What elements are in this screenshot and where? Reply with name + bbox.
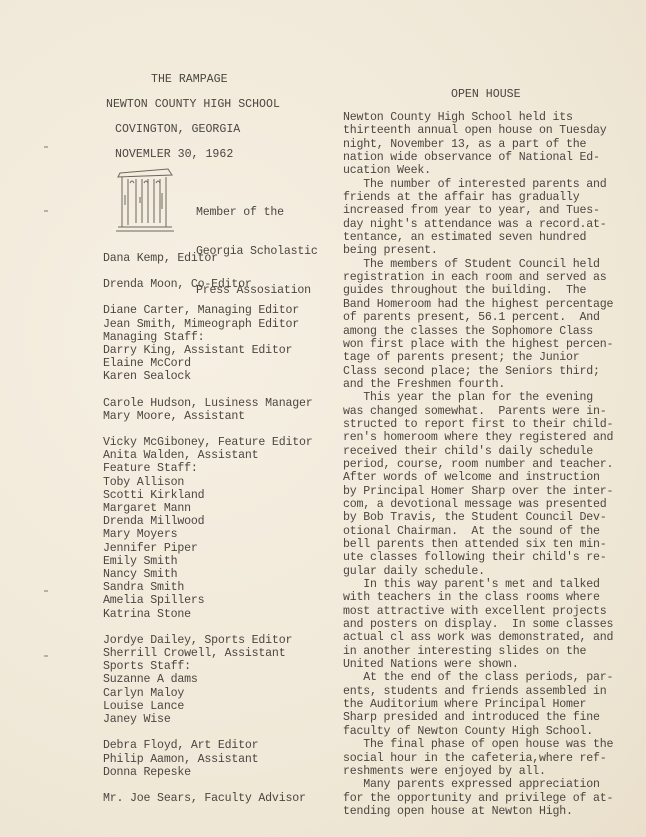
article-line: of parents present, 56.1 percent. And <box>343 311 613 324</box>
staff-entry: Drenda Moon, Co-Editor <box>103 278 312 291</box>
newspaper-title: THE RAMPAGE <box>151 73 228 86</box>
staff-entry: Louise Lance <box>103 700 312 713</box>
group-spacer <box>103 265 312 278</box>
staff-entry: Sports Staff: <box>103 660 312 673</box>
staff-entry: Philip Aamon, Assistant <box>103 753 312 766</box>
staff-entry: Vicky McGiboney, Feature Editor <box>103 436 312 449</box>
staff-entry: Margaret Mann <box>103 502 312 515</box>
staff-entry: Emily Smith <box>103 555 312 568</box>
article-line: friends at the affair has gradually <box>343 191 613 204</box>
staff-entry: Jordye Dailey, Sports Editor <box>103 634 312 647</box>
article-line: Class second place; the Seniors third; <box>343 365 613 378</box>
school-name: NEWTON COUNTY HIGH SCHOOL <box>106 98 280 111</box>
article-line: At the end of the class periods, par- <box>343 671 613 684</box>
staff-entry: Darry King, Assistant Editor <box>103 344 312 357</box>
staff-entry: Carole Hudson, Lusiness Manager <box>103 397 312 410</box>
staff-entry: Jean Smith, Mimeograph Editor <box>103 318 312 331</box>
staff-entry: Feature Staff: <box>103 462 312 475</box>
article-line: tage of parents present; the Junior <box>343 351 613 364</box>
article-line: reshments were enjoyed by all. <box>343 765 613 778</box>
article-line: and the Freshmen fourth. <box>343 378 613 391</box>
staff-entry: Suzanne A dams <box>103 673 312 686</box>
article-line: Many parents expressed appreciation <box>343 778 613 791</box>
article-line: The final phase of open house was the <box>343 738 613 751</box>
article-line: The number of interested parents and <box>343 178 613 191</box>
newsletter-page: THE RAMPAGE NEWTON COUNTY HIGH SCHOOL CO… <box>0 0 646 837</box>
staff-entry: Amelia Spillers <box>103 594 312 607</box>
article-line: This year the plan for the evening <box>343 391 613 404</box>
group-spacer <box>103 726 312 739</box>
staff-entry: Donna Repeske <box>103 766 312 779</box>
staff-entry: Debra Floyd, Art Editor <box>103 739 312 752</box>
article-line: structed to report first to their child- <box>343 418 613 431</box>
article-line: United Nations were shown. <box>343 658 613 671</box>
article-line: ute classes following their child's re- <box>343 551 613 564</box>
article-line: registration in each room and served as <box>343 271 613 284</box>
article-line: most attractive with excellent projects <box>343 605 613 618</box>
staff-entry: Anita Walden, Assistant <box>103 449 312 462</box>
article-line: After words of welcome and instruction <box>343 471 613 484</box>
city-state: COVINGTON, GEORGIA <box>115 123 240 136</box>
article-line: won first place with the highest percen- <box>343 338 613 351</box>
article-line: by Bob Travis, the Student Council Dev- <box>343 511 613 524</box>
article-line: bell parents then attended six ten min- <box>343 538 613 551</box>
staff-list: Dana Kemp, EditorDrenda Moon, Co-EditorD… <box>103 252 312 805</box>
article-line: thirteenth annual open house on Tuesday <box>343 124 613 137</box>
staff-entry: Mary Moyers <box>103 528 312 541</box>
punch-mark <box>44 655 48 657</box>
article-line: social hour in the cafeteria,where ref- <box>343 752 613 765</box>
article-line: increased from year to year, and Tues- <box>343 204 613 217</box>
punch-mark <box>44 590 48 592</box>
article-line: com, a devotional message was presented <box>343 498 613 511</box>
article-line: ents, students and friends assembled in <box>343 685 613 698</box>
staff-entry: Elaine McCord <box>103 357 312 370</box>
group-spacer <box>103 291 312 304</box>
article-line: tending open house at Newton High. <box>343 805 613 818</box>
article-line: nation wide observance of National Ed- <box>343 151 613 164</box>
article-line: The members of Student Council held <box>343 258 613 271</box>
article-line: for the opportunity and privilege of at- <box>343 792 613 805</box>
article-line: with teachers in the class rooms where <box>343 591 613 604</box>
article-line: being present. <box>343 244 613 257</box>
article-headline: OPEN HOUSE <box>451 88 521 101</box>
article-line: night, November 13, as a part of the <box>343 138 613 151</box>
staff-entry: Toby Allison <box>103 476 312 489</box>
press-line: Member of the <box>196 206 318 219</box>
article-line: gular daily schedule. <box>343 565 613 578</box>
article-line: Band Homeroom had the highest percentage <box>343 298 613 311</box>
punch-mark <box>44 210 48 212</box>
article-line: guides throughout the building. The <box>343 284 613 297</box>
article-line: faculty of Newton County High School. <box>343 725 613 738</box>
article-line: period, course, room number and teacher. <box>343 458 613 471</box>
staff-entry: Dana Kemp, Editor <box>103 252 312 265</box>
group-spacer <box>103 384 312 397</box>
staff-entry: Drenda Millwood <box>103 515 312 528</box>
staff-entry: Nancy Smith <box>103 568 312 581</box>
article-line: day night's attendance was a record.at- <box>343 218 613 231</box>
staff-entry: Janey Wise <box>103 713 312 726</box>
article-line: Newton County High School held its <box>343 111 613 124</box>
punch-mark <box>44 146 48 148</box>
staff-entry: Mr. Joe Sears, Faculty Advisor <box>103 792 312 805</box>
article-line: ucation Week. <box>343 164 613 177</box>
article-line: Sharp presided and introduced the fine <box>343 711 613 724</box>
article-body: Newton County High School held itsthirte… <box>343 111 613 818</box>
staff-entry: Sherrill Crowell, Assistant <box>103 647 312 660</box>
article-line: in another interesting slides on the <box>343 645 613 658</box>
staff-entry: Mary Moore, Assistant <box>103 410 312 423</box>
issue-date: NOVEMLER 30, 1962 <box>115 148 233 161</box>
article-line: among the classes the Sophomore Class <box>343 325 613 338</box>
article-line: ren's homeroom where they registered and <box>343 431 613 444</box>
staff-entry: Scotti Kirkland <box>103 489 312 502</box>
article-line: the Auditorium where Principal Homer <box>343 698 613 711</box>
article-line: by Principal Homer Sharp over the inter- <box>343 485 613 498</box>
staff-entry: Carlyn Maloy <box>103 687 312 700</box>
article-line: received their child's daily schedule <box>343 445 613 458</box>
article-line: tentance, an estimated seven hundred <box>343 231 613 244</box>
staff-entry: Sandra Smith <box>103 581 312 594</box>
article-line: In this way parent's met and talked <box>343 578 613 591</box>
staff-entry: Karen Sealock <box>103 370 312 383</box>
group-spacer <box>103 779 312 792</box>
staff-entry: Jennifer Piper <box>103 542 312 555</box>
group-spacer <box>103 621 312 634</box>
building-logo-icon <box>116 165 176 233</box>
article-line: and posters on display. In some classes <box>343 618 613 631</box>
staff-entry: Diane Carter, Managing Editor <box>103 304 312 317</box>
article-line: otional Chairman. At the sound of the <box>343 525 613 538</box>
article-line: was changed somewhat. Parents were in- <box>343 405 613 418</box>
group-spacer <box>103 423 312 436</box>
staff-entry: Katrina Stone <box>103 608 312 621</box>
article-line: actual cl ass work was demonstrated, and <box>343 631 613 644</box>
staff-entry: Managing Staff: <box>103 331 312 344</box>
